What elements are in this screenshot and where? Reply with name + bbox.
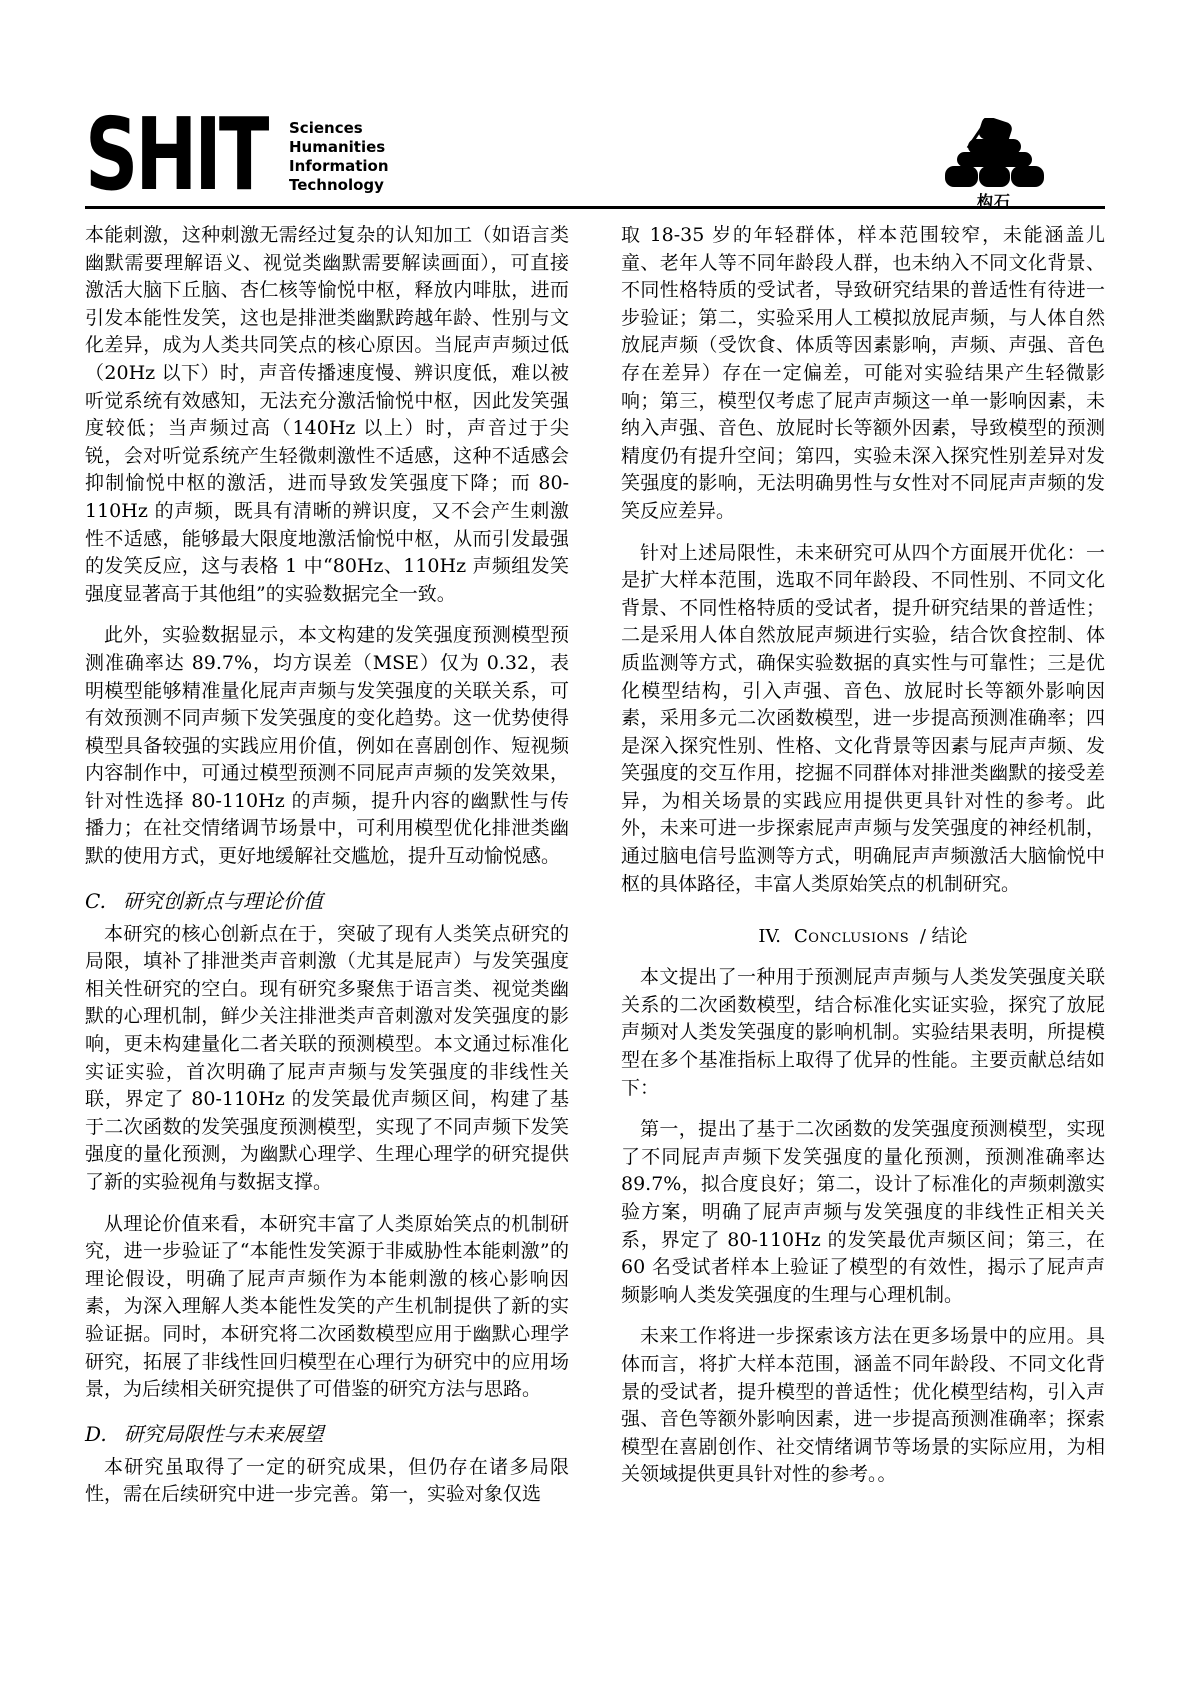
paper-page: SHIT Sciences Humanities Information Tec… (0, 0, 1190, 1683)
body-paragraph: 取 18-35 岁的年轻群体，样本范围较窄，未能涵盖儿童、老年人等不同年龄段人群… (621, 222, 1105, 526)
rock-pile-icon (938, 118, 1050, 188)
journal-logo: SHIT Sciences Humanities Information Tec… (85, 116, 389, 200)
body-paragraph: 本研究的核心创新点在于，突破了现有人类笑点研究的局限，填补了排泄类声音刺激（尤其… (85, 921, 569, 1197)
body-paragraph: 第一，提出了基于二次函数的发笑强度预测模型，实现了不同屁声声频下发笑强度的量化预… (621, 1116, 1105, 1309)
journal-logo-acronym: SHIT (85, 116, 266, 194)
section-heading-label: D. (85, 1422, 107, 1446)
publisher-name: 构石 (935, 189, 1053, 212)
conclusions-heading: IV.Conclusions / 结论 (621, 924, 1105, 950)
body-paragraph: 本能刺激，这种刺激无需经过复杂的认知加工（如语言类幽默需要理解语义、视觉类幽默需… (85, 222, 569, 608)
right-column: 取 18-35 岁的年轻群体，样本范围较窄，未能涵盖儿童、老年人等不同年龄段人群… (621, 222, 1105, 1509)
section-heading: C.研究创新点与理论价值 (85, 887, 569, 915)
section-heading-title: 研究局限性与未来展望 (124, 1422, 324, 1446)
paper-body: 本能刺激，这种刺激无需经过复杂的认知加工（如语言类幽默需要理解语义、视觉类幽默需… (85, 222, 1105, 1509)
journal-word-technology: Technology (289, 176, 389, 195)
section-heading-label: C. (85, 889, 106, 913)
body-paragraph: 此外，实验数据显示，本文构建的发笑强度预测模型预测准确率达 89.7%，均方误差… (85, 622, 569, 870)
journal-logo-words: Sciences Humanities Information Technolo… (289, 116, 389, 195)
left-column: 本能刺激，这种刺激无需经过复杂的认知加工（如语言类幽默需要理解语义、视觉类幽默需… (85, 222, 569, 1509)
section-heading-title: 研究创新点与理论价值 (123, 889, 323, 913)
body-paragraph: 从理论价值来看，本研究丰富了人类原始笑点的机制研究，进一步验证了“本能性发笑源于… (85, 1211, 569, 1404)
conclusions-heading-en: Conclusions (794, 926, 909, 947)
body-paragraph: 本研究虽取得了一定的研究成果，但仍存在诸多局限性，需在后续研究中进一步完善。第一… (85, 1454, 569, 1509)
publisher-logo: 构石 (935, 118, 1053, 212)
body-paragraph: 针对上述局限性，未来研究可从四个方面展开优化：一是扩大样本范围，选取不同年龄段、… (621, 540, 1105, 899)
journal-word-information: Information (289, 157, 389, 176)
conclusions-heading-zh: / 结论 (920, 926, 968, 947)
conclusions-heading-number: IV. (758, 926, 781, 947)
body-paragraph: 本文提出了一种用于预测屁声声频与人类发笑强度关联关系的二次函数模型，结合标准化实… (621, 964, 1105, 1102)
journal-logo-acronym-box: SHIT (85, 116, 281, 200)
journal-header: SHIT Sciences Humanities Information Tec… (85, 116, 1105, 204)
section-heading: D.研究局限性与未来展望 (85, 1420, 569, 1448)
journal-word-humanities: Humanities (289, 138, 389, 157)
body-paragraph: 未来工作将进一步探索该方法在更多场景中的应用。具体而言，将扩大样本范围，涵盖不同… (621, 1323, 1105, 1489)
journal-word-sciences: Sciences (289, 119, 389, 138)
